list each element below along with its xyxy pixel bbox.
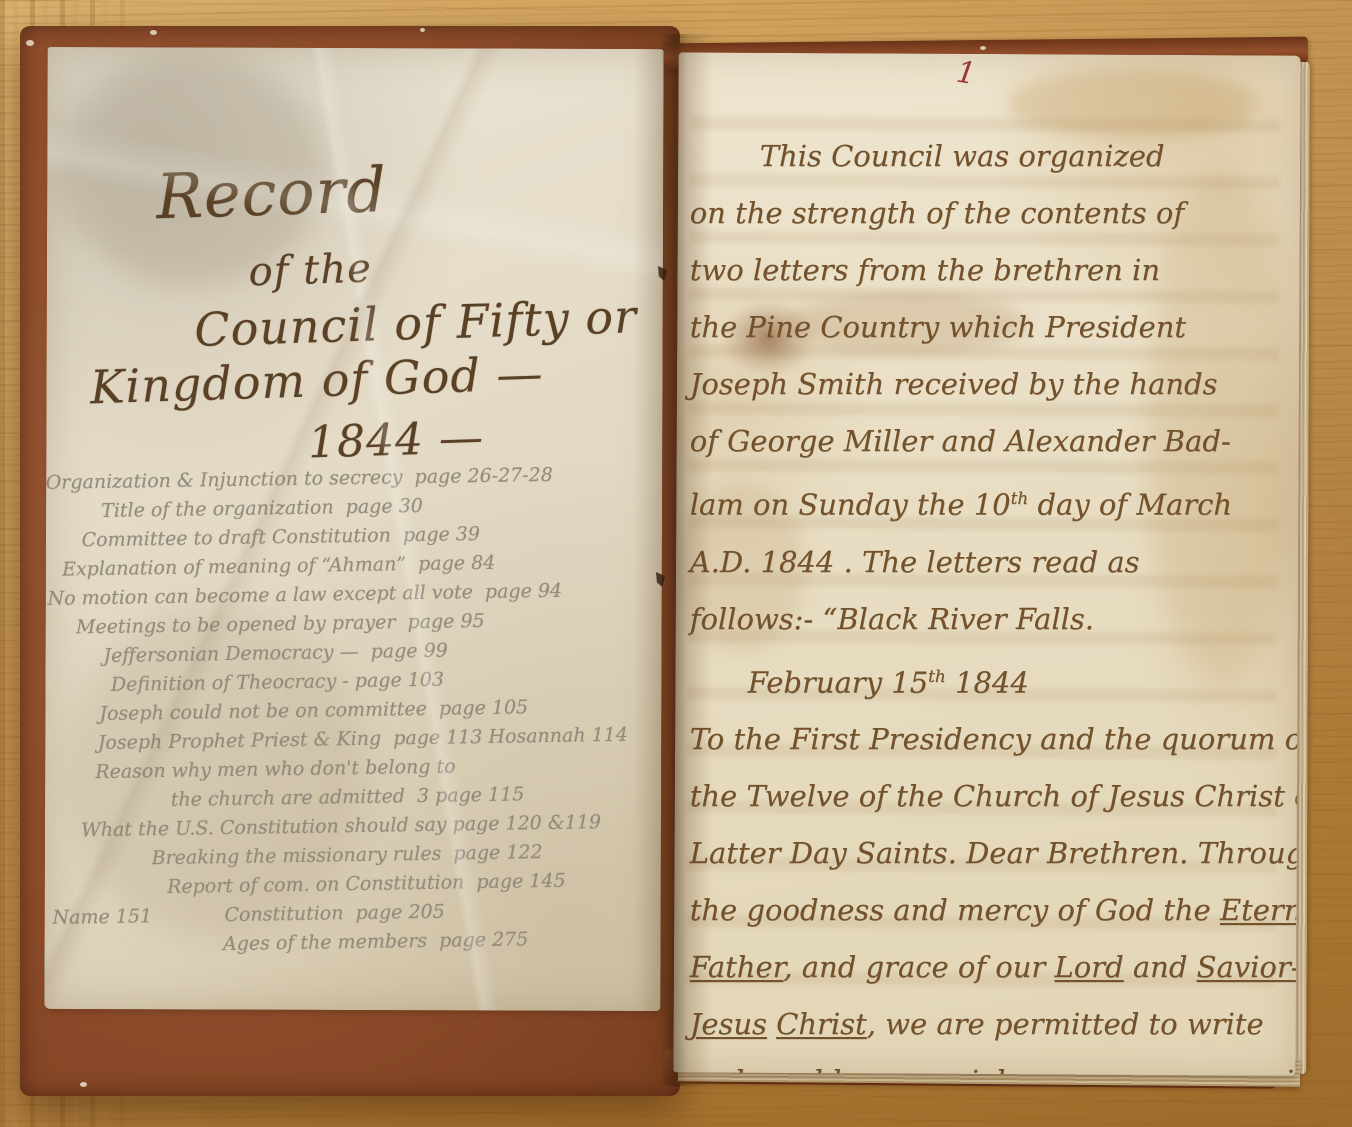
manuscript-line: and send by a special messenger, a conci…: [690, 1053, 1288, 1075]
title-line: Council of Fifty or: [194, 289, 638, 357]
manuscript-text-segment: A.D. 1844 . The letters read as: [690, 545, 1140, 579]
manuscript-text-segment: Joseph Smith received by the hands: [690, 367, 1218, 401]
paper-stain: [57, 55, 328, 286]
toc-block: Organization & Injunction to secrecy pag…: [46, 459, 664, 962]
gutter-shadow: [634, 34, 712, 1086]
toc-line: Name 151 Constitution page 205: [52, 894, 663, 933]
toc-line: Meetings to be opened by prayer page 95: [76, 604, 660, 642]
left-page: Recordof theCouncil of Fifty orKingdom o…: [44, 47, 663, 1011]
manuscript-text-segment: on the strength of the contents of: [690, 196, 1184, 230]
worn-leather-speck: [80, 1082, 87, 1087]
manuscript-text-segment: , and grace of our: [783, 950, 1054, 984]
title-line: Kingdom of God —: [89, 346, 544, 414]
manuscript-text-segment: lam on Sunday the 10: [690, 488, 1011, 522]
manuscript-text-segment: This Council was organized: [760, 139, 1165, 173]
manuscript-line: the Twelve of the Church of Jesus Christ…: [690, 768, 1288, 825]
manuscript-line: of George Miller and Alexander Bad-: [690, 413, 1288, 470]
manuscript-line: To the First Presidency and the quorum o…: [690, 711, 1288, 768]
worn-leather-speck: [26, 40, 34, 46]
manuscript-text-segment: , we are permitted to write: [867, 1007, 1264, 1041]
title-line: of the: [248, 245, 372, 295]
photo-of-open-manuscript-book: { "colors": { "ink_brown": "#73512a", "p…: [0, 0, 1352, 1127]
worn-leather-speck: [980, 46, 986, 50]
manuscript-text-segment: th: [1011, 488, 1029, 508]
toc-line: Jeffersonian Democracy — page 99: [103, 633, 660, 671]
manuscript-text-segment: Lord: [1054, 950, 1123, 984]
manuscript-line: Father, and grace of our Lord and Savior…: [690, 939, 1288, 996]
manuscript-text-segment: Eternal: [1220, 893, 1301, 927]
toc-line: Reason why men who don't belong to: [95, 749, 662, 787]
manuscript-text-segment: Latter Day Saints. Dear Brethren. Throug…: [690, 836, 1301, 870]
toc-line: Explanation of meaning of “Ahman” page 8…: [62, 546, 659, 584]
toc-line: Title of the organization page 30: [101, 488, 658, 526]
manuscript-text-segment: the Twelve of the Church of Jesus Christ…: [690, 779, 1301, 813]
manuscript-text-segment: follows:- “Black River Falls.: [690, 602, 1094, 636]
manuscript-text-segment: the Pine Country which President: [690, 310, 1186, 344]
manuscript-text-segment: 1844: [946, 665, 1029, 699]
manuscript-text-segment: Christ: [776, 1007, 867, 1041]
manuscript-text-segment: To the First Presidency and the quorum o…: [690, 722, 1301, 756]
manuscript-line: on the strength of the contents of: [690, 185, 1288, 242]
toc-line: No motion can become a law except all vo…: [47, 575, 659, 614]
manuscript-text-segment: th: [928, 666, 946, 686]
manuscript-text-segment: day of March: [1028, 488, 1232, 522]
manuscript-line: lam on Sunday the 10th day of March: [690, 470, 1288, 534]
toc-line: What the U.S. Constitution should say pa…: [81, 807, 663, 845]
manuscript-line: two letters from the brethren in: [690, 242, 1288, 299]
manuscript-line: This Council was organized: [690, 128, 1288, 185]
manuscript-line: follows:- “Black River Falls.: [690, 591, 1288, 648]
title-line: Record: [155, 153, 388, 233]
toc-line: Joseph could not be on committee page 10…: [99, 691, 661, 729]
toc-line: Ages of the members page 275: [223, 923, 664, 959]
toc-line: Definition of Theocracy - page 103: [111, 662, 661, 700]
manuscript-line: Latter Day Saints. Dear Brethren. Throug…: [690, 825, 1288, 882]
page-number: 1: [954, 55, 978, 92]
manuscript-text-segment: the goodness and mercy of God the: [690, 893, 1220, 927]
worn-leather-speck: [150, 30, 157, 35]
toc-line: the church are admitted 3 page 115: [171, 778, 663, 815]
manuscript-text-segment: of George Miller and Alexander Bad-: [690, 424, 1231, 458]
toc-line: Report of com. on Constitution page 145: [167, 865, 664, 902]
manuscript-text-segment: Savior-: [1197, 950, 1301, 984]
title-block: Recordof theCouncil of Fifty orKingdom o…: [44, 47, 663, 518]
manuscript-line: Jesus Christ, we are permitted to write: [690, 996, 1288, 1053]
manuscript-block: This Council was organizedon the strengt…: [690, 128, 1288, 1076]
title-line: 1844 —: [307, 412, 484, 469]
manuscript-text-segment: February 15: [748, 665, 928, 699]
manuscript-line: February 15th 1844: [690, 648, 1288, 712]
manuscript-line: Joseph Smith received by the hands: [690, 356, 1288, 413]
right-page: 1 This Council was organizedon the stren…: [673, 52, 1300, 1075]
manuscript-line: the goodness and mercy of God the Eterna…: [690, 882, 1288, 939]
toc-line: Organization & Injunction to secrecy pag…: [46, 459, 658, 498]
toc-line: Breaking the missionary rules page 122: [151, 836, 663, 873]
worn-leather-speck: [420, 28, 425, 32]
manuscript-line: A.D. 1844 . The letters read as: [690, 534, 1288, 591]
paper-stain: [65, 607, 366, 938]
toc-line: Committee to draft Constitution page 39: [81, 517, 658, 555]
manuscript-line: the Pine Country which President: [690, 299, 1288, 356]
manuscript-text-segment: and: [1124, 950, 1197, 984]
manuscript-text-segment: two letters from the brethren in: [690, 253, 1160, 287]
toc-line: Joseph Prophet Priest & King page 113 Ho…: [98, 720, 662, 758]
